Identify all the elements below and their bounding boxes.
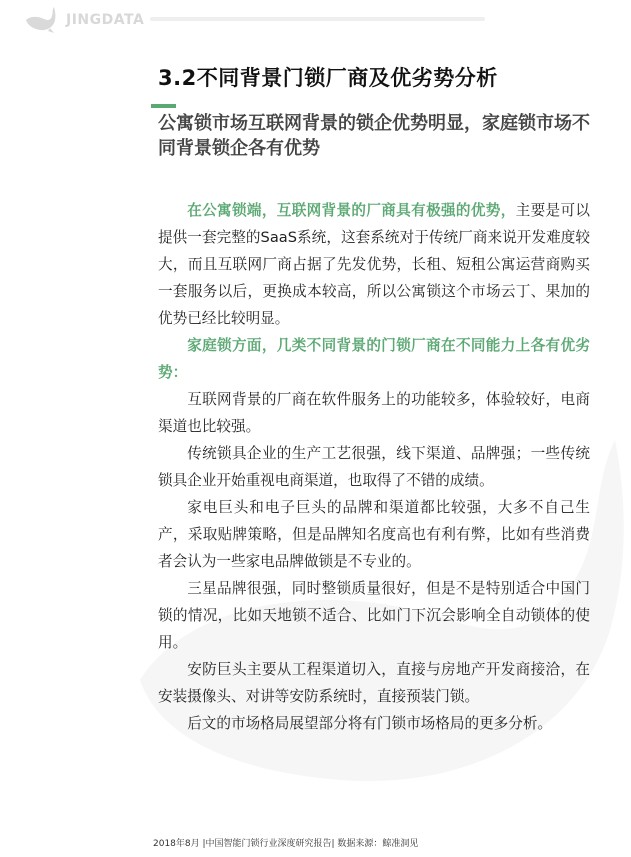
paragraph-text: 家电巨头和电子巨头的品牌和渠道都比较强，大多不自己生产，采取贴牌策略，但是品牌知… [158,499,590,570]
paragraph-text: 传统锁具企业的生产工艺很强，线下渠道、品牌强；一些传统锁具企业开始重视电商渠道，… [158,445,590,489]
section-subtitle: 公寓锁市场互联网背景的锁企优势明显，家庭锁市场不同背景锁企各有优势 [158,111,598,161]
paragraph-text: 后文的市场格局展望部分将有门锁市场格局的更多分析。 [187,715,552,732]
paragraph-samsung: 三星品牌很强，同时整锁质量很好，但是不是特别适合中国门锁的情况，比如天地锁不适合… [158,575,590,656]
accent-bar [151,104,176,108]
paragraph-appliance-giants: 家电巨头和电子巨头的品牌和渠道都比较强，大多不自己生产，采取贴牌策略，但是品牌知… [158,494,590,575]
page-footer: 2018年8月 |中国智能门锁行业深度研究报告| 数据来源：鲸准洞见 [153,836,418,849]
header-divider [150,17,485,21]
highlight-text: 家庭锁方面，几类不同背景的门锁厂商在不同能力上各有优劣势： [158,337,590,381]
page-header: JINGDATA [0,0,631,40]
paragraph-security-giants: 安防巨头主要从工程渠道切入，直接与房地产开发商接洽，在安装摄像头、对讲等安防系统… [158,656,590,710]
section-title: 3.2不同背景门锁厂商及优劣势分析 [158,62,498,92]
paragraph-text: 安防巨头主要从工程渠道切入，直接与房地产开发商接洽，在安装摄像头、对讲等安防系统… [158,661,590,705]
paragraph-home-locks-intro: 家庭锁方面，几类不同背景的门锁厂商在不同能力上各有优劣势： [158,332,590,386]
paragraph-apartment-locks: 在公寓锁端，互联网背景的厂商具有极强的优势，主要是可以提供一套完整的SaaS系统… [158,197,590,332]
paragraph-text: 互联网背景的厂商在软件服务上的功能较多，体验较好，电商渠道也比较强。 [158,391,590,435]
whale-icon [24,6,58,34]
paragraph-closing: 后文的市场格局展望部分将有门锁市场格局的更多分析。 [158,710,590,737]
highlight-text: 在公寓锁端，互联网背景的厂商具有极强的优势， [187,202,515,219]
paragraph-text: 主要是可以提供一套完整的SaaS系统，这套系统对于传统厂商来说开发难度较大，而且… [158,202,590,327]
paragraph-internet-vendors: 互联网背景的厂商在软件服务上的功能较多，体验较好，电商渠道也比较强。 [158,386,590,440]
paragraph-text: 三星品牌很强，同时整锁质量很好，但是不是特别适合中国门锁的情况，比如天地锁不适合… [158,580,590,651]
body-text: 在公寓锁端，互联网背景的厂商具有极强的优势，主要是可以提供一套完整的SaaS系统… [158,197,590,737]
brand-logo: JINGDATA [24,6,144,34]
paragraph-traditional-vendors: 传统锁具企业的生产工艺很强，线下渠道、品牌强；一些传统锁具企业开始重视电商渠道，… [158,440,590,494]
brand-name: JINGDATA [66,12,144,28]
